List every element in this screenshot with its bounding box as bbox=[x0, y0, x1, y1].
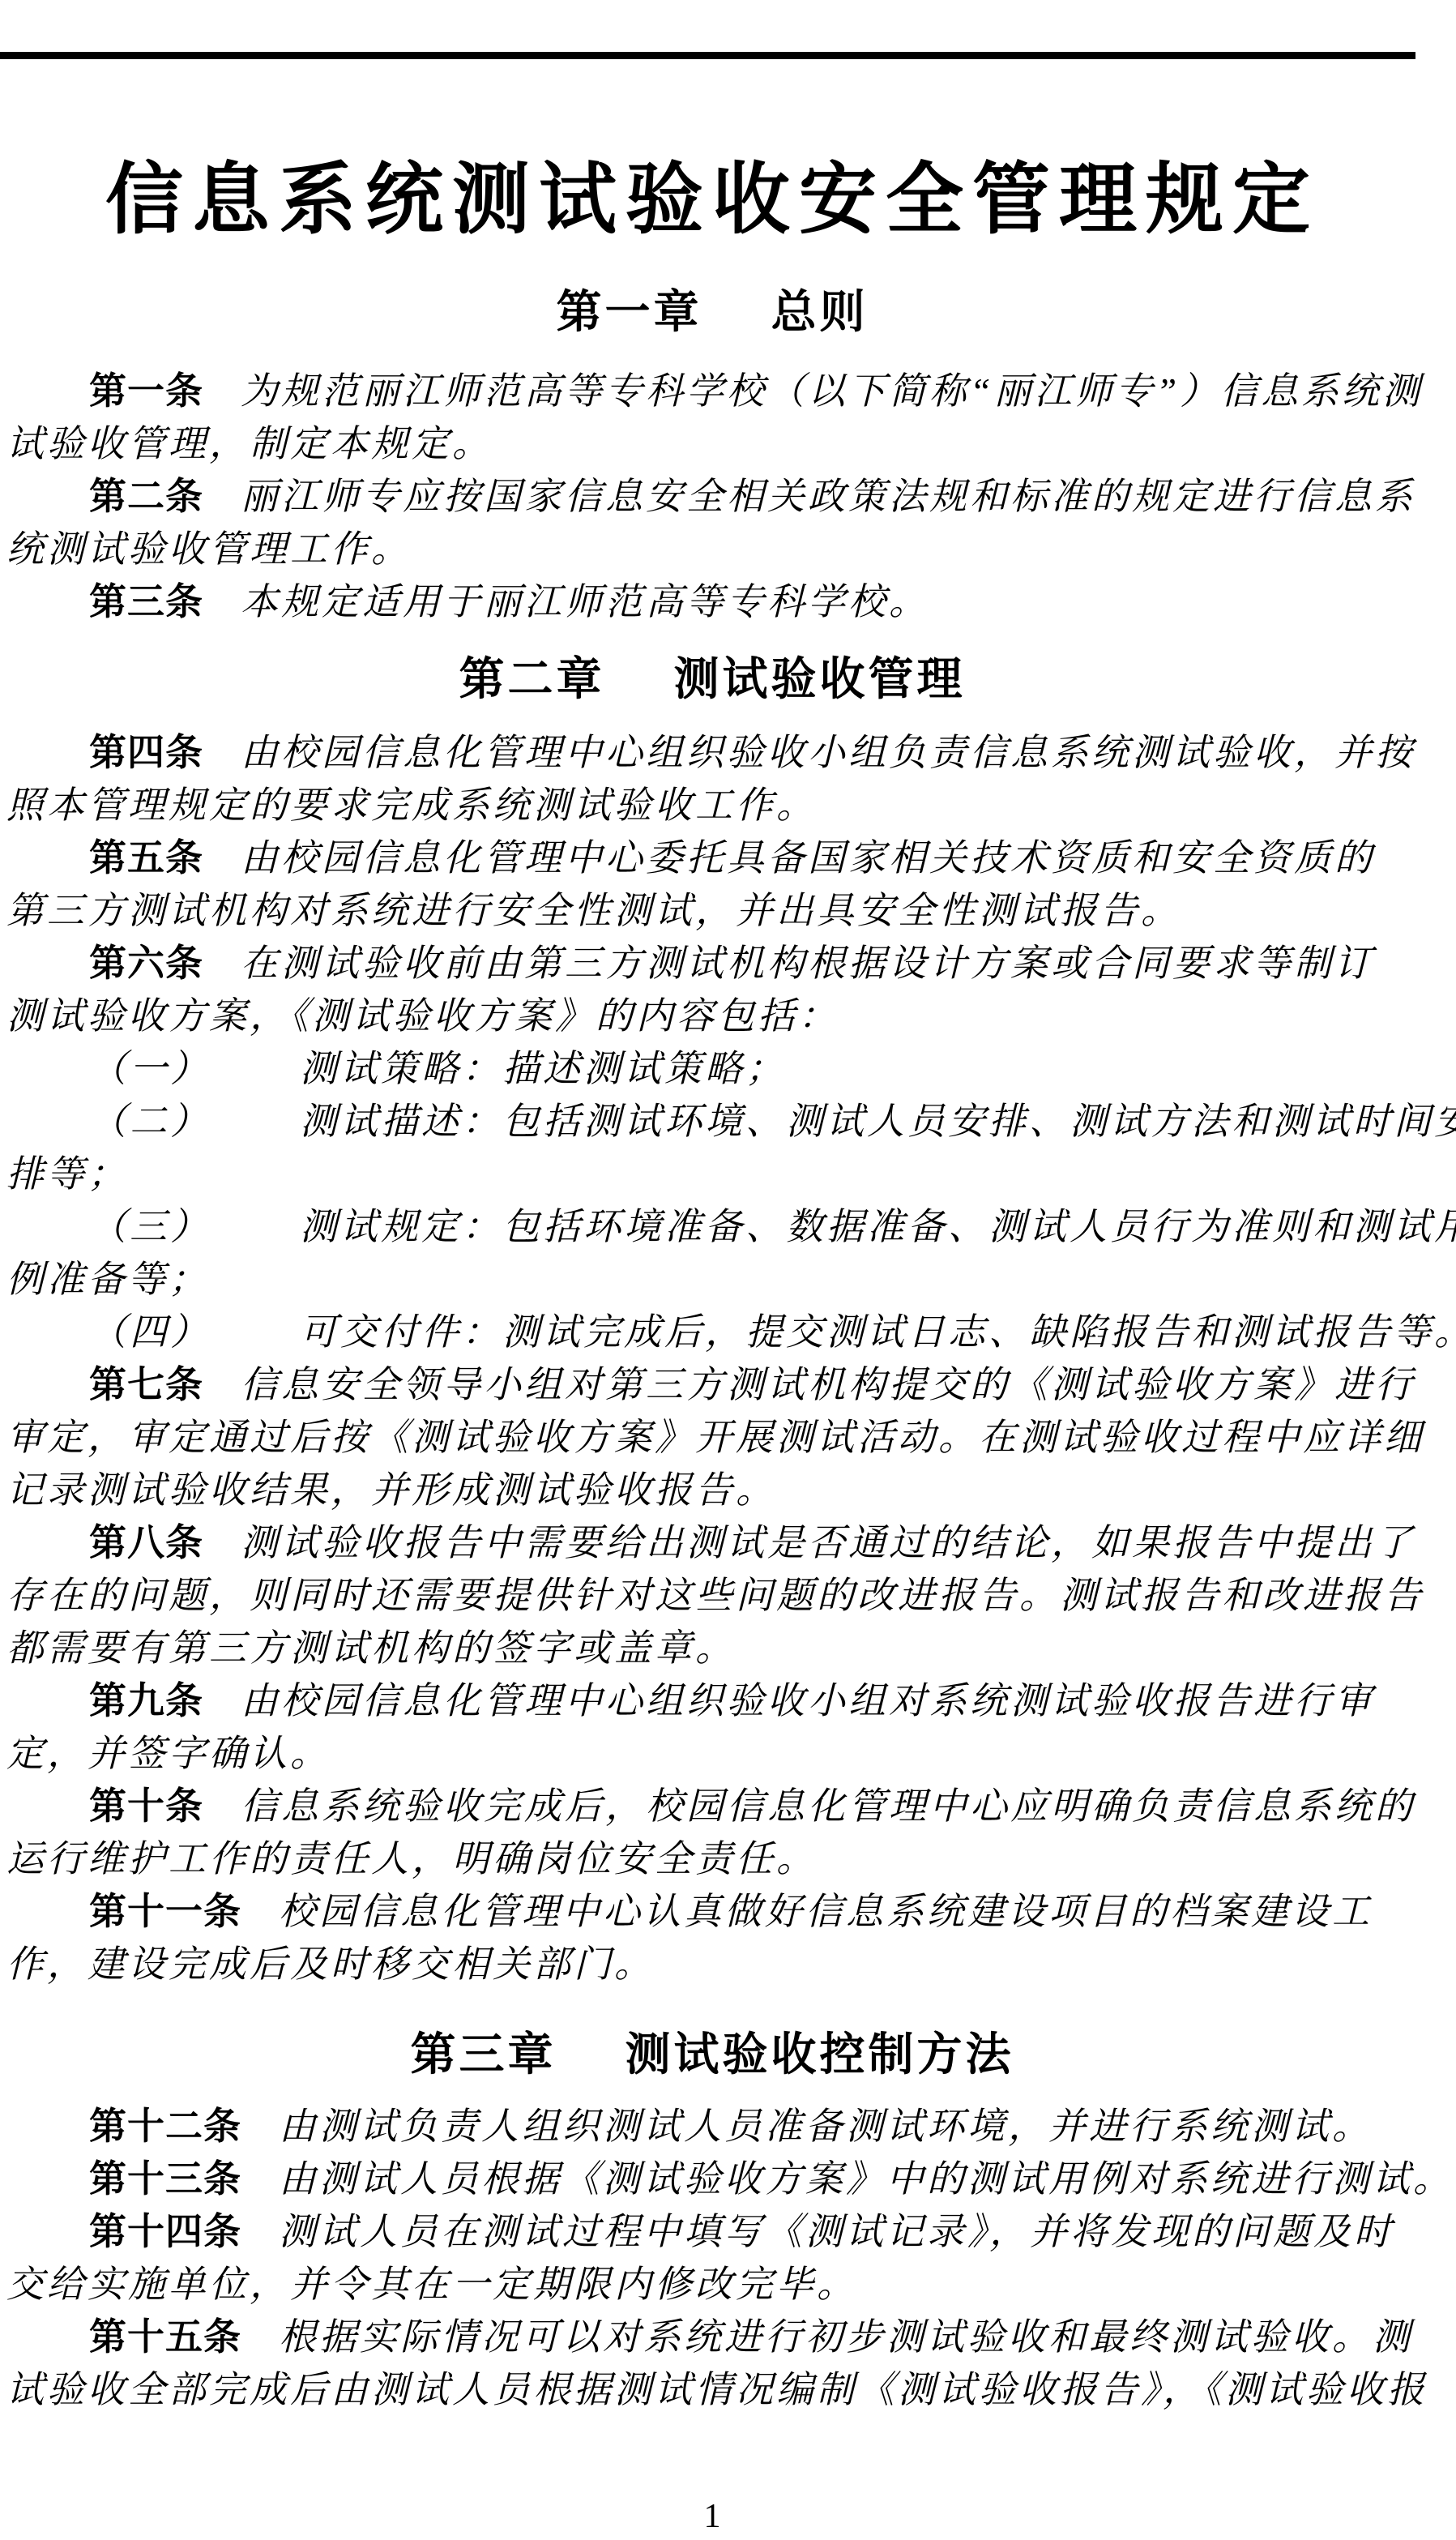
body-line: 记录测试验收结果，并形成测试验收报告。 bbox=[6, 1464, 1418, 1516]
line-text: 可交付件：测试完成后，提交测试日志、缺陷报告和测试报告等。 bbox=[300, 1311, 1456, 1353]
article-number: 第十四条 bbox=[89, 2210, 241, 2252]
page-number: 1 bbox=[6, 2496, 1418, 2537]
body-line: （四）可交付件：测试完成后，提交测试日志、缺陷报告和测试报告等。 bbox=[6, 1306, 1418, 1358]
article-number: 第四条 bbox=[89, 731, 203, 773]
item-number: （四） bbox=[89, 1311, 211, 1353]
article-number: 第十一条 bbox=[89, 1890, 241, 1932]
body-line: 排等； bbox=[6, 1148, 1418, 1200]
chapter-number: 第三章 bbox=[411, 2029, 557, 2080]
line-text: 第三方测试机构对系统进行安全性测试，并出具安全性测试报告。 bbox=[6, 890, 1181, 931]
line-text: 测试人员在测试过程中填写《测试记录》，并将发现的问题及时 bbox=[279, 2211, 1394, 2252]
body-line: 照本管理规定的要求完成系统测试验收工作。 bbox=[6, 779, 1418, 832]
item-number: （一） bbox=[89, 1048, 211, 1089]
line-text: 运行维护工作的责任人，明确岗位安全责任。 bbox=[6, 1838, 817, 1879]
line-text: 照本管理规定的要求完成系统测试验收工作。 bbox=[6, 785, 817, 826]
chapter-title: 测试验收管理 bbox=[674, 653, 966, 704]
line-text: 测试规定：包括环境准备、数据准备、测试人员行为准则和测试用 bbox=[300, 1206, 1456, 1247]
line-text: 测试策略：描述测试策略； bbox=[300, 1048, 786, 1089]
body-line: 第一条为规范丽江师范高等专科学校（以下简称“丽江师专”）信息系统测 bbox=[6, 365, 1418, 417]
line-text: 根据实际情况可以对系统进行初步测试验收和最终测试验收。测 bbox=[279, 2316, 1413, 2358]
chapter-heading: 第一章总则 bbox=[6, 284, 1418, 340]
body-line: 试验收全部完成后由测试人员根据测试情况编制《测试验收报告》，《测试验收报 bbox=[6, 2363, 1418, 2416]
line-text: 校园信息化管理中心认真做好信息系统建设项目的档案建设工 bbox=[279, 1891, 1373, 1932]
line-text: 测试验收方案，《测试验收方案》的内容包括： bbox=[6, 995, 839, 1037]
body-line: 存在的问题，则同时还需要提供针对这些问题的改进报告。测试报告和改进报告 bbox=[6, 1569, 1418, 1622]
line-text: 试验收全部完成后由测试人员根据测试情况编制《测试验收报告》，《测试验收报 bbox=[6, 2369, 1428, 2410]
body-line: 定，并签字确认。 bbox=[6, 1727, 1418, 1780]
article-number: 第六条 bbox=[89, 942, 203, 984]
chapter-body: 第四条由校园信息化管理中心组织验收小组负责信息系统测试验收，并按照本管理规定的要… bbox=[6, 726, 1418, 1991]
body-line: （三）测试规定：包括环境准备、数据准备、测试人员行为准则和测试用 bbox=[6, 1200, 1418, 1253]
body-line: 第十三条由测试人员根据《测试验收方案》中的测试用例对系统进行测试。 bbox=[6, 2153, 1418, 2205]
document-page: 信息系统测试验收安全管理规定 第一章总则第一条为规范丽江师范高等专科学校（以下简… bbox=[0, 0, 1456, 2540]
line-text: 由校园信息化管理中心组织验收小组对系统测试验收报告进行审 bbox=[241, 1680, 1375, 1721]
line-text: 由测试人员根据《测试验收方案》中的测试用例对系统进行测试。 bbox=[279, 2158, 1454, 2200]
line-text: 信息系统验收完成后，校园信息化管理中心应明确负责信息系统的 bbox=[241, 1785, 1415, 1827]
line-text: 存在的问题，则同时还需要提供针对这些问题的改进报告。测试报告和改进报告 bbox=[6, 1575, 1424, 1616]
line-text: 都需要有第三方测试机构的签字或盖章。 bbox=[6, 1627, 736, 1669]
article-number: 第五条 bbox=[89, 836, 203, 879]
line-text: 由校园信息化管理中心组织验收小组负责信息系统测试验收，并按 bbox=[241, 732, 1415, 773]
article-number: 第三条 bbox=[89, 580, 203, 622]
body-line: 第十一条校园信息化管理中心认真做好信息系统建设项目的档案建设工 bbox=[6, 1885, 1418, 1938]
body-line: 第六条在测试验收前由第三方测试机构根据设计方案或合同要求等制订 bbox=[6, 937, 1418, 990]
line-text: 交给实施单位，并令其在一定期限内修改完毕。 bbox=[6, 2264, 857, 2305]
article-number: 第九条 bbox=[89, 1679, 203, 1721]
body-line: 交给实施单位，并令其在一定期限内修改完毕。 bbox=[6, 2258, 1418, 2311]
article-number: 第十条 bbox=[89, 1785, 203, 1827]
line-text: 审定，审定通过后按《测试验收方案》开展测试活动。在测试验收过程中应详细 bbox=[6, 1417, 1424, 1458]
body-line: 测试验收方案，《测试验收方案》的内容包括： bbox=[6, 990, 1418, 1042]
body-line: 例准备等； bbox=[6, 1253, 1418, 1306]
body-line: （二）测试描述：包括测试环境、测试人员安排、测试方法和测试时间安 bbox=[6, 1095, 1418, 1148]
body-line: 统测试验收管理工作。 bbox=[6, 523, 1418, 575]
line-text: 作，建设完成后及时移交相关部门。 bbox=[6, 1943, 655, 1985]
line-text: 排等； bbox=[6, 1153, 128, 1195]
body-line: 第四条由校园信息化管理中心组织验收小组负责信息系统测试验收，并按 bbox=[6, 726, 1418, 779]
line-text: 试验收管理，制定本规定。 bbox=[6, 423, 493, 464]
body-line: 第九条由校园信息化管理中心组织验收小组对系统测试验收报告进行审 bbox=[6, 1674, 1418, 1727]
body-line: 第五条由校园信息化管理中心委托具备国家相关技术资质和安全资质的 bbox=[6, 832, 1418, 884]
article-number: 第二条 bbox=[89, 475, 203, 517]
chapter-heading: 第三章测试验收控制方法 bbox=[6, 2026, 1418, 2083]
line-text: 为规范丽江师范高等专科学校（以下简称“丽江师专”）信息系统测 bbox=[241, 370, 1423, 412]
article-number: 第十二条 bbox=[89, 2105, 241, 2147]
body-line: 审定，审定通过后按《测试验收方案》开展测试活动。在测试验收过程中应详细 bbox=[6, 1411, 1418, 1464]
body-line: 第二条丽江师专应按国家信息安全相关政策法规和标准的规定进行信息系 bbox=[6, 470, 1418, 523]
line-text: 测试验收报告中需要给出测试是否通过的结论，如果报告中提出了 bbox=[241, 1522, 1415, 1563]
body-line: 第三条本规定适用于丽江师范高等专科学校。 bbox=[6, 575, 1418, 628]
chapter-heading: 第二章测试验收管理 bbox=[6, 651, 1418, 708]
chapter-number: 第一章 bbox=[557, 286, 702, 337]
body-line: 第十五条根据实际情况可以对系统进行初步测试验收和最终测试验收。测 bbox=[6, 2311, 1418, 2363]
item-number: （三） bbox=[89, 1206, 211, 1247]
line-text: 由测试负责人组织测试人员准备测试环境，并进行系统测试。 bbox=[279, 2106, 1373, 2147]
line-text: 信息安全领导小组对第三方测试机构提交的《测试验收方案》进行 bbox=[241, 1364, 1415, 1405]
body-line: 都需要有第三方测试机构的签字或盖章。 bbox=[6, 1622, 1418, 1674]
chapter-title: 测试验收控制方法 bbox=[626, 2029, 1014, 2080]
body-line: 第七条信息安全领导小组对第三方测试机构提交的《测试验收方案》进行 bbox=[6, 1358, 1418, 1411]
body-line: 第十四条测试人员在测试过程中填写《测试记录》，并将发现的问题及时 bbox=[6, 2205, 1418, 2258]
line-text: 本规定适用于丽江师范高等专科学校。 bbox=[241, 581, 929, 622]
chapter-body: 第一条为规范丽江师范高等专科学校（以下简称“丽江师专”）信息系统测试验收管理，制… bbox=[6, 365, 1418, 628]
chapter-number: 第二章 bbox=[459, 653, 605, 704]
line-text: 统测试验收管理工作。 bbox=[6, 528, 412, 570]
line-text: 定，并签字确认。 bbox=[6, 1733, 331, 1774]
article-number: 第十三条 bbox=[89, 2157, 241, 2200]
body-line: 第三方测试机构对系统进行安全性测试，并出具安全性测试报告。 bbox=[6, 884, 1418, 937]
body-line: 运行维护工作的责任人，明确岗位安全责任。 bbox=[6, 1832, 1418, 1885]
article-number: 第十五条 bbox=[89, 2316, 241, 2358]
document-body: 第一章总则第一条为规范丽江师范高等专科学校（以下简称“丽江师专”）信息系统测试验… bbox=[6, 284, 1418, 2416]
line-text: 由校园信息化管理中心委托具备国家相关技术资质和安全资质的 bbox=[241, 837, 1375, 879]
top-rule bbox=[0, 52, 1415, 59]
body-line: 第十条信息系统验收完成后，校园信息化管理中心应明确负责信息系统的 bbox=[6, 1780, 1418, 1832]
body-line: 作，建设完成后及时移交相关部门。 bbox=[6, 1938, 1418, 1991]
line-text: 在测试验收前由第三方测试机构根据设计方案或合同要求等制订 bbox=[241, 943, 1375, 984]
body-line: 试验收管理，制定本规定。 bbox=[6, 417, 1418, 470]
article-number: 第八条 bbox=[89, 1521, 203, 1563]
article-number: 第七条 bbox=[89, 1363, 203, 1405]
line-text: 例准备等； bbox=[6, 1259, 209, 1300]
line-text: 测试描述：包括测试环境、测试人员安排、测试方法和测试时间安 bbox=[300, 1101, 1456, 1142]
document-title: 信息系统测试验收安全管理规定 bbox=[6, 152, 1418, 249]
line-text: 记录测试验收结果，并形成测试验收报告。 bbox=[6, 1469, 776, 1511]
item-number: （二） bbox=[89, 1101, 211, 1142]
chapter-title: 总则 bbox=[771, 286, 869, 337]
article-number: 第一条 bbox=[89, 370, 203, 412]
line-text: 丽江师专应按国家信息安全相关政策法规和标准的规定进行信息系 bbox=[241, 476, 1415, 517]
body-line: 第十二条由测试负责人组织测试人员准备测试环境，并进行系统测试。 bbox=[6, 2100, 1418, 2153]
body-line: （一）测试策略：描述测试策略； bbox=[6, 1042, 1418, 1095]
chapter-body: 第十二条由测试负责人组织测试人员准备测试环境，并进行系统测试。第十三条由测试人员… bbox=[6, 2100, 1418, 2416]
body-line: 第八条测试验收报告中需要给出测试是否通过的结论，如果报告中提出了 bbox=[6, 1516, 1418, 1569]
